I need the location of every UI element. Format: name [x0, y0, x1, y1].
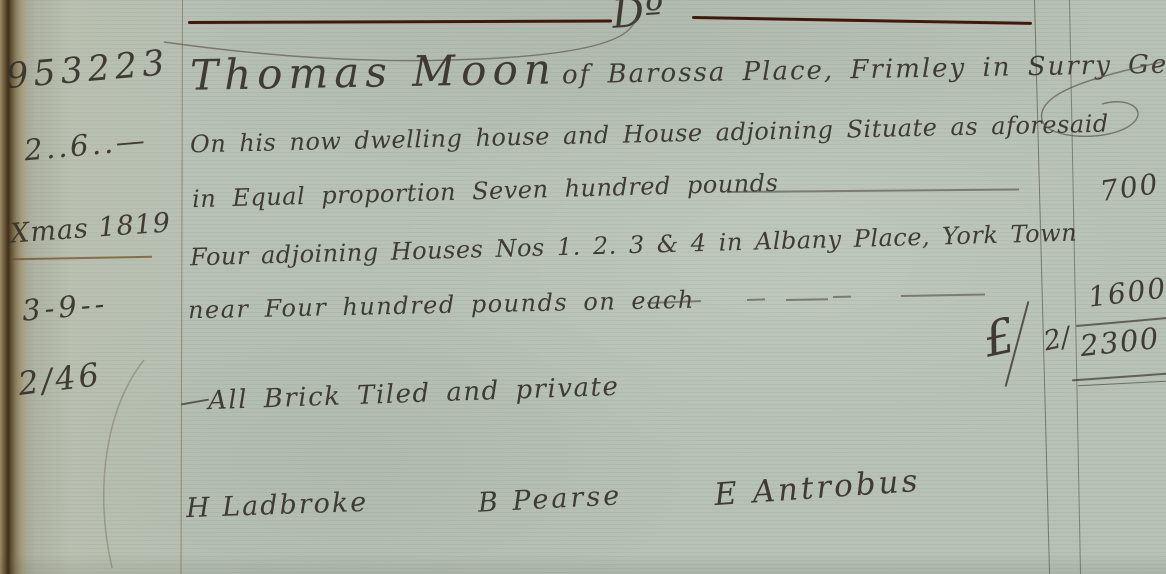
property-line-2: in Equal proportion Seven hundred pounds: [192, 169, 779, 213]
ditto-mark: Dº: [610, 0, 666, 38]
construction-note: All Brick Tiled and private: [208, 372, 620, 416]
leader-dash: [786, 298, 828, 300]
leader-dash: [901, 294, 985, 297]
property-line-1: On his now dwelling house and House adjo…: [190, 110, 1109, 159]
register-page: Dº 953223 2..6..— Xmas 1819 3-9-- 2/46 T…: [0, 0, 1166, 574]
total-sum: 2300: [1078, 321, 1161, 363]
margin-divider-line: [180, 0, 183, 574]
signature: E Antrobus: [713, 463, 922, 513]
insured-residence: of Barossa Place, Frimley in Surry Gent: [562, 49, 1166, 90]
insured-heading: Thomas Moon of Barossa Place, Frimley in…: [190, 33, 1166, 100]
amount-column-rule-right: [1069, 0, 1081, 574]
pound-sign: £: [979, 307, 1021, 368]
header-rule-left: [188, 20, 612, 24]
signature: B Pearse: [477, 480, 623, 519]
insured-name: Thomas Moon: [190, 44, 558, 99]
rate-mark: 2/: [1041, 322, 1073, 358]
leader-dash: [747, 298, 765, 300]
total-underline-1: [1072, 373, 1166, 381]
total-underline-2: [1078, 381, 1166, 387]
amount-column-rule-left: [1034, 0, 1050, 574]
sum-insured-1: 700: [1098, 167, 1161, 208]
premium-amount: 2..6..—: [23, 123, 149, 168]
header-rule-right: [692, 16, 1032, 25]
leader-dash: [833, 296, 851, 298]
property-line-4: near Four hundred pounds on each: [188, 286, 695, 325]
property-line-3: Four adjoining Houses Nos 1. 2. 3 & 4 in…: [190, 219, 1078, 272]
duty-amount: 3-9--: [21, 286, 110, 327]
sum-insured-2: 1600: [1086, 271, 1166, 313]
signature: H Ladbroke: [186, 487, 369, 524]
construction-dash: [181, 399, 209, 406]
